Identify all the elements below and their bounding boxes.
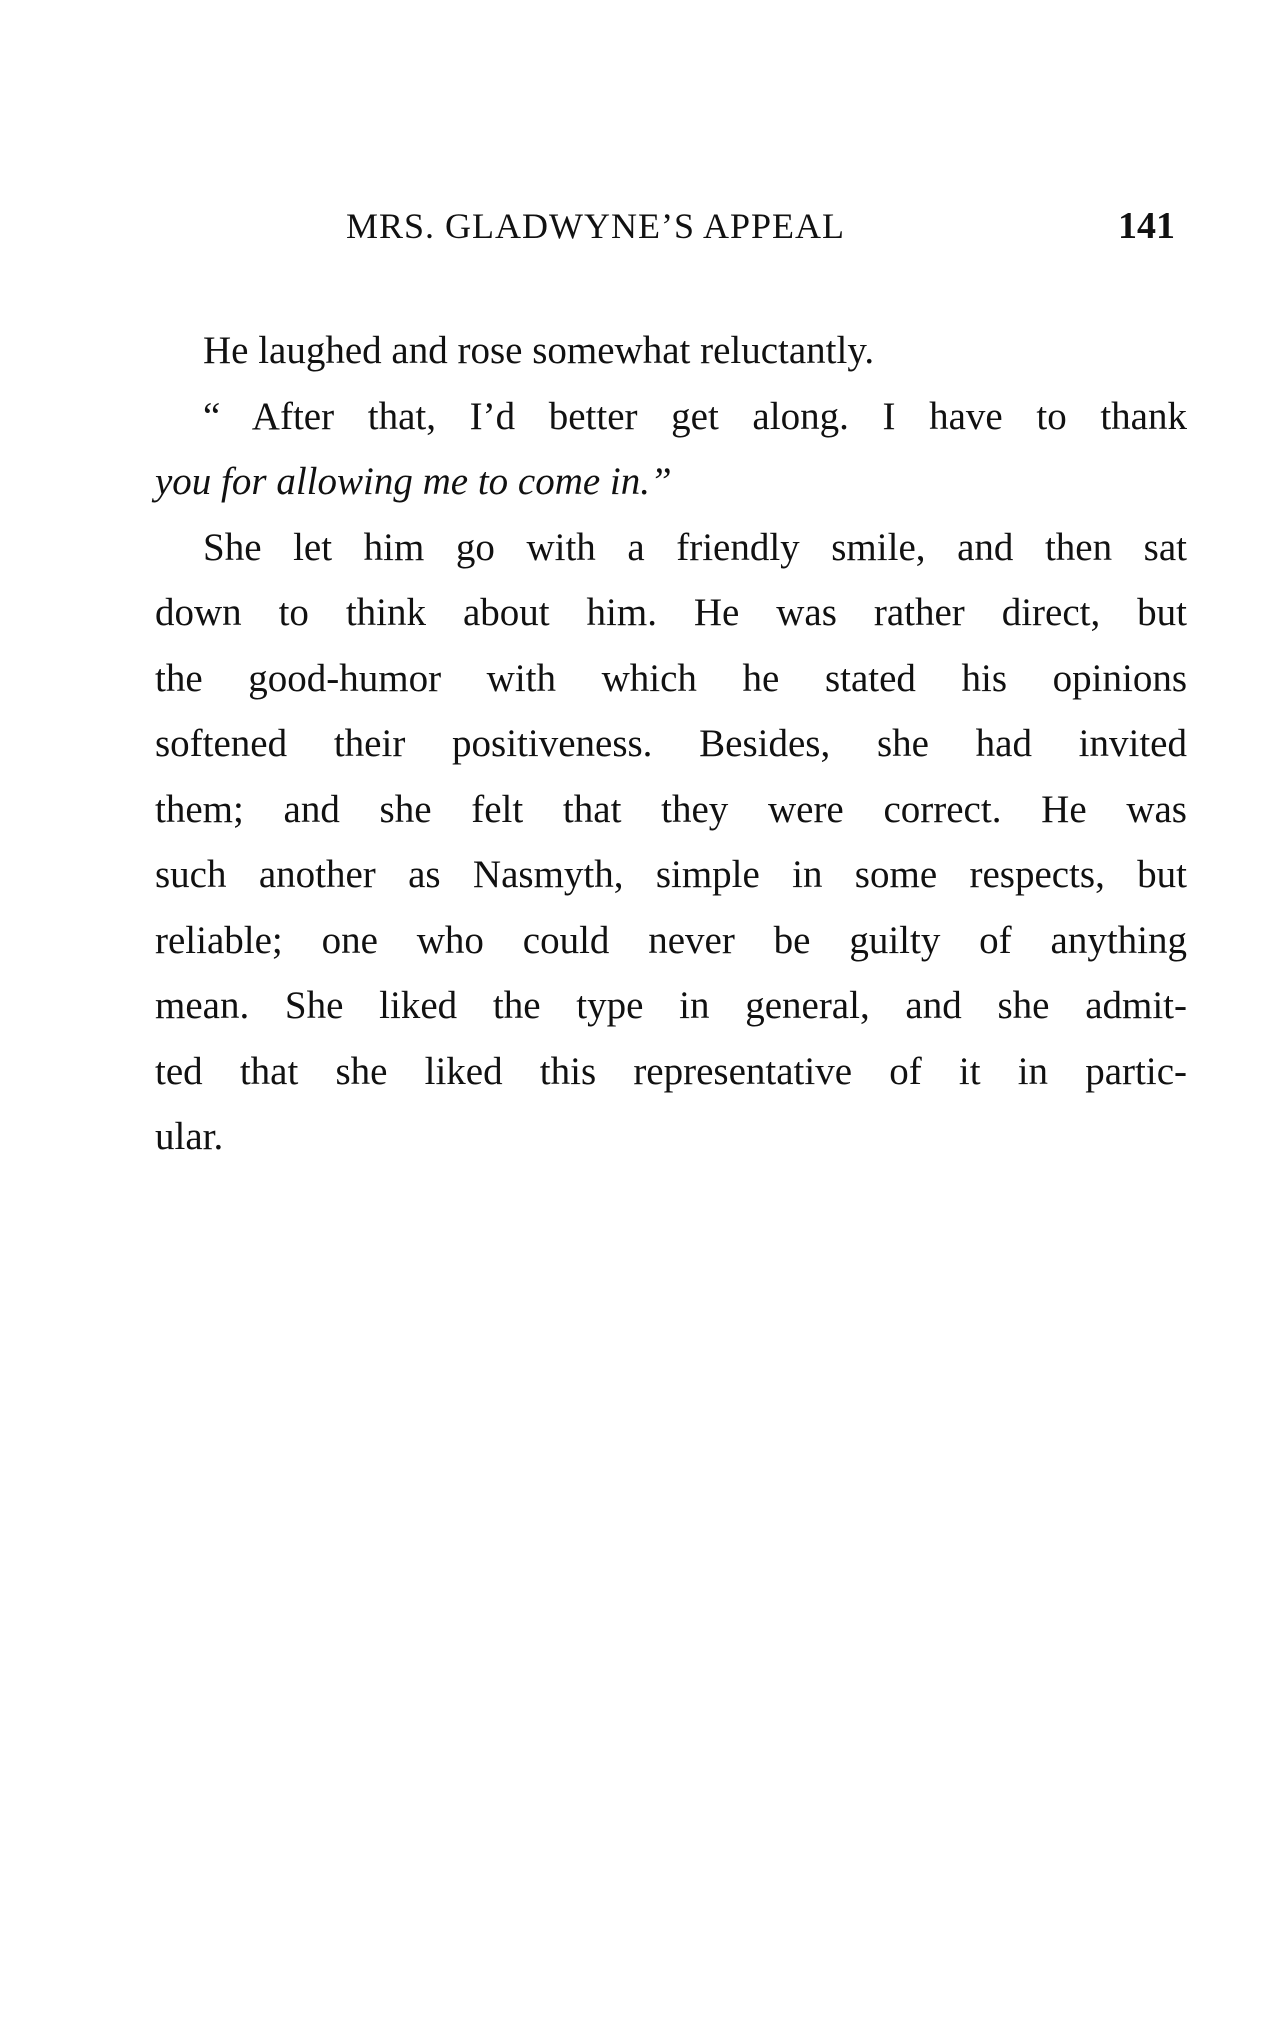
text-line: you for allowing me to come in.” <box>155 449 1187 515</box>
text-line: softened their positiveness. Besides, sh… <box>155 711 1187 777</box>
text-line: the good-humor with which he stated his … <box>155 646 1187 712</box>
page-header: MRS. GLADWYNE’S APPEAL 141 <box>0 196 1278 256</box>
text-line: them; and she felt that they were correc… <box>155 777 1187 843</box>
body-text: He laughed and rose somewhat reluctantly… <box>155 318 1187 1170</box>
text-line: reliable; one who could never be guilty … <box>155 908 1187 974</box>
text-line: He laughed and rose somewhat reluctantly… <box>155 318 1187 384</box>
running-title: MRS. GLADWYNE’S APPEAL <box>346 196 845 256</box>
text-line: She let him go with a friendly smile, an… <box>155 515 1187 581</box>
text-line: “ After that, I’d better get along. I ha… <box>155 384 1187 450</box>
text-line: down to think about him. He was rather d… <box>155 580 1187 646</box>
text-line: mean. She liked the type in general, and… <box>155 973 1187 1039</box>
text-line: ular. <box>155 1104 1187 1170</box>
text-line: ted that she liked this representative o… <box>155 1039 1187 1105</box>
text-line: such another as Nasmyth, simple in some … <box>155 842 1187 908</box>
page-number: 141 <box>1118 196 1175 256</box>
